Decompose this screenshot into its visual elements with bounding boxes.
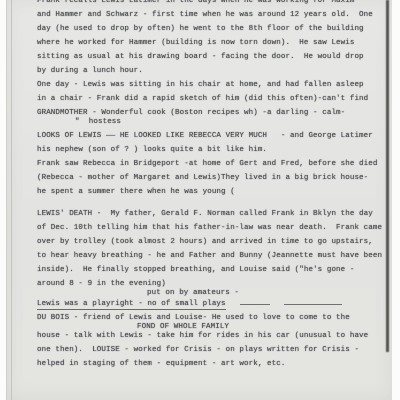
typewritten-line: in a chair - Frank did a rapid sketch of… bbox=[37, 95, 383, 104]
typewritten-line: (Rebecca - mother of Margaret and Lewis)… bbox=[37, 174, 383, 183]
typewritten-line: and Hammer and Schwarz - first time when… bbox=[37, 11, 383, 20]
typewritten-line: LOOKS OF LEWIS —— HE LOOKED LIKE REBECCA… bbox=[37, 132, 383, 141]
typewritten-line: he spent a summer there when he was youn… bbox=[37, 188, 383, 197]
scan-background: { "colors": { "paper": "#e4e4e2", "ink":… bbox=[0, 0, 400, 400]
typewritten-line: LEWIS' DEATH - My father, Gerald F. Norm… bbox=[37, 210, 383, 219]
typewritten-line: by during a lunch hour. bbox=[37, 67, 383, 76]
typewritten-line: where he worked for Hammer (building is … bbox=[37, 39, 383, 48]
page-left-edge bbox=[11, 0, 12, 400]
typewritten-line: of Dec. 10th telling him that his father… bbox=[37, 224, 383, 233]
typewritten-line: over by trolley (took almost 2 hours) an… bbox=[37, 238, 383, 247]
typewritten-line: One day - Lewis was sitting in his chair… bbox=[37, 81, 383, 90]
page-edge-shadow bbox=[386, 0, 389, 352]
typewritten-line: DU BOIS - friend of Lewis and Louise- He… bbox=[37, 314, 383, 323]
underlined-text: Lewis was a playright - no of small play… bbox=[37, 300, 226, 310]
typewritten-line: sitting as usual at his drawing board - … bbox=[37, 53, 383, 62]
typewritten-line: Lewis was a playright - no of small play… bbox=[37, 298, 383, 307]
typewritten-line: around 8 - 9 in the evening) bbox=[37, 280, 383, 289]
typewritten-line: helped in staging of them - equipment - … bbox=[37, 360, 383, 369]
rule-segment bbox=[284, 298, 342, 305]
typewritten-line: inside). He finally stopped breathing, a… bbox=[37, 266, 383, 275]
typewritten-line: to hear heavy breathing - he and Father … bbox=[37, 252, 383, 261]
typewritten-line: one then). LOUISE - worked for Crisis - … bbox=[37, 346, 383, 355]
rule-segment bbox=[240, 298, 270, 305]
typewritten-line: FOND OF WHOLE FAMILY bbox=[37, 323, 383, 332]
typewritten-line: GRANDMOTHER - Wonderful cook (Boston rec… bbox=[37, 109, 383, 118]
text-block: Frank recalls Lewis Latimer in the days … bbox=[37, 0, 383, 369]
typewritten-line: his nephew (son of ? ) looks quite a bit… bbox=[37, 146, 383, 155]
typewritten-line: Frank recalls Lewis Latimer in the days … bbox=[37, 0, 383, 6]
typewritten-line: put on by amateurs - bbox=[37, 289, 383, 298]
typewritten-line: Frank saw Rebecca in Bridgeport -at home… bbox=[37, 160, 383, 169]
typewritten-line: " hostess bbox=[37, 118, 383, 127]
typewritten-line: day (he used to drop by often) he went t… bbox=[37, 25, 383, 34]
document-page: Frank recalls Lewis Latimer in the days … bbox=[6, 0, 392, 400]
typewritten-line: house - talk with Lewis - take him for r… bbox=[37, 332, 383, 341]
